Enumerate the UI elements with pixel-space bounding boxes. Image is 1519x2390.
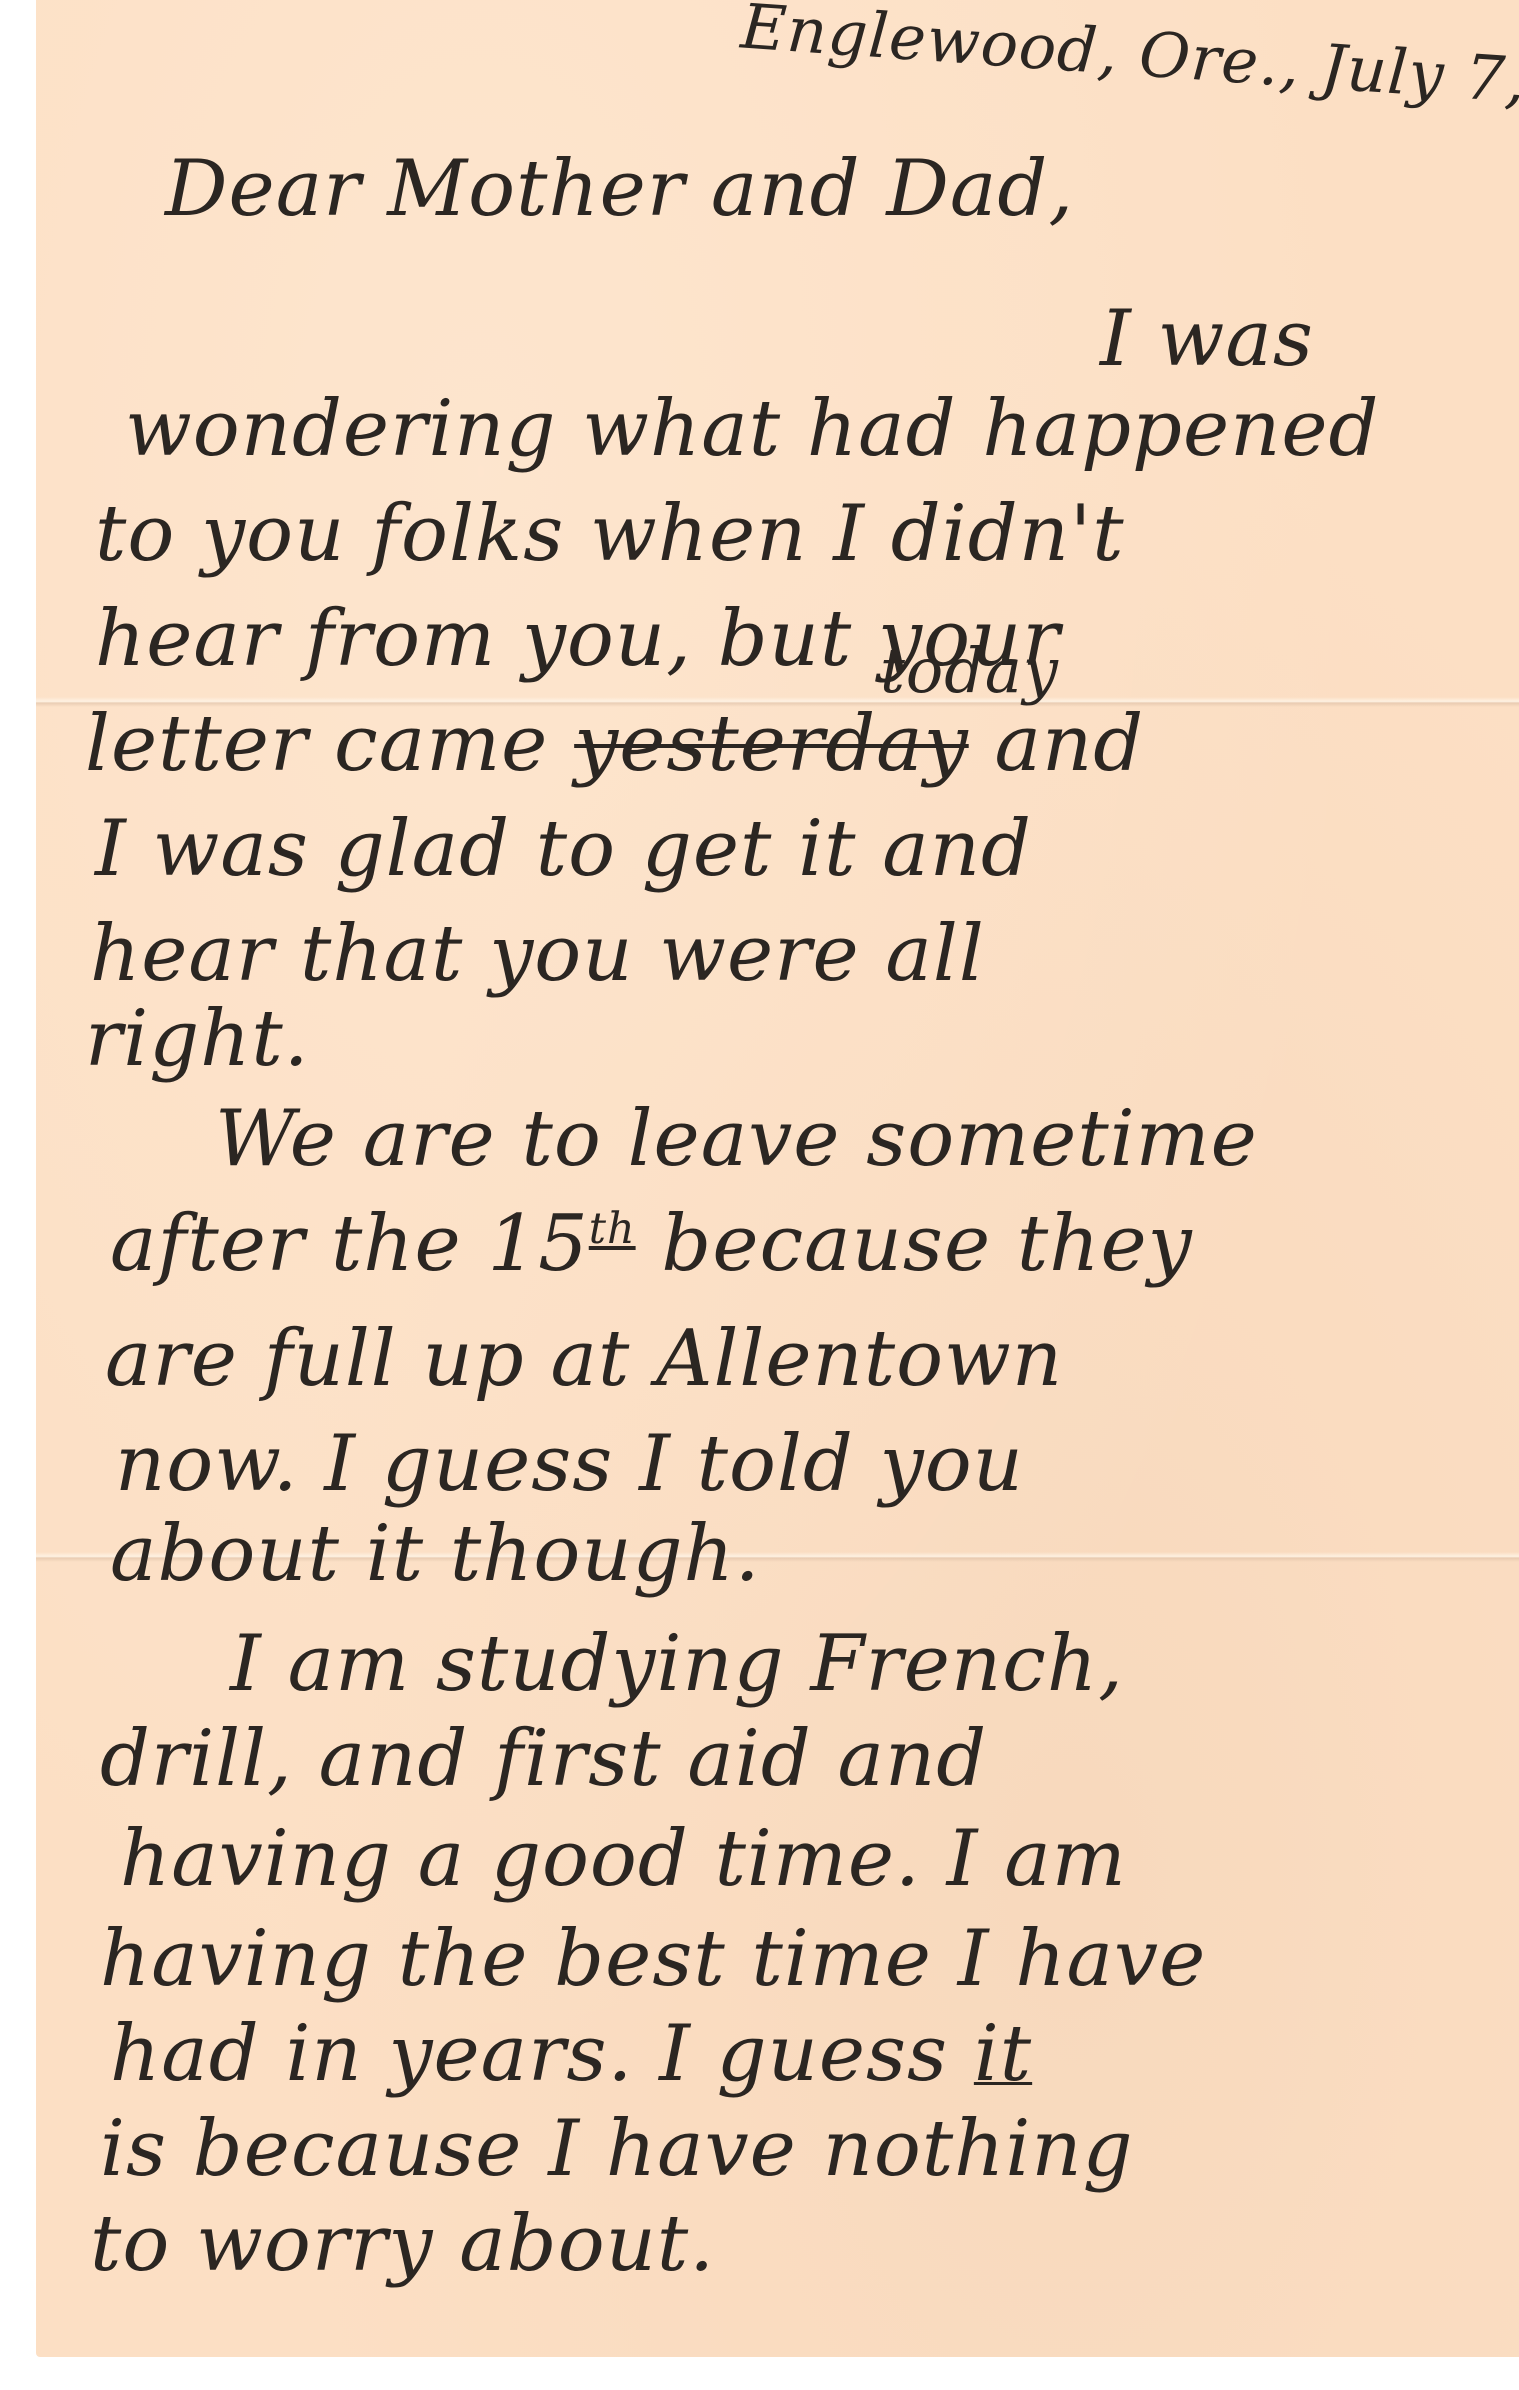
letter-line: I am studying French,	[230, 1625, 1124, 1703]
letter-text: because they	[661, 1199, 1192, 1289]
underlined-word: it	[974, 2009, 1032, 2099]
letter-text: and	[995, 699, 1145, 789]
letter-line: now. I guess I told you	[115, 1425, 1024, 1503]
letter-line: about it though.	[110, 1515, 761, 1593]
letter-line: is because I have nothing	[100, 2110, 1134, 2188]
struck-word: yesterday	[574, 699, 969, 789]
letter-text: letter came	[85, 699, 548, 789]
letter-line: wondering what had happened	[125, 390, 1379, 468]
letter-line: are full up at Allentown	[105, 1320, 1063, 1398]
letter-line: hear that you were all	[90, 915, 985, 993]
ordinal-suffix: th	[589, 1204, 636, 1254]
inserted-word: today	[880, 640, 1059, 702]
letter-line: letter came yesterday and	[85, 705, 1144, 783]
letter-text: after the 15	[110, 1199, 589, 1289]
letter-text: had in years. I guess	[110, 2009, 948, 2099]
salutation: Dear Mother and Dad,	[165, 150, 1074, 228]
letter-line: to you folks when I didn't	[95, 495, 1125, 573]
letter-line: having the best time I have	[100, 1920, 1206, 1998]
letter-line: I was glad to get it and	[95, 810, 1032, 888]
letter-line: drill, and first aid and	[100, 1720, 987, 1798]
letter-line: after the 15th because they	[110, 1205, 1193, 1283]
letter-line: right.	[85, 1000, 310, 1078]
letter-line: had in years. I guess it	[110, 2015, 1032, 2093]
letter-line: We are to leave sometime	[215, 1100, 1258, 1178]
letter-line: I was	[1100, 300, 1314, 378]
letter-line: to worry about.	[90, 2205, 715, 2283]
letter-line: having a good time. I am	[120, 1820, 1127, 1898]
